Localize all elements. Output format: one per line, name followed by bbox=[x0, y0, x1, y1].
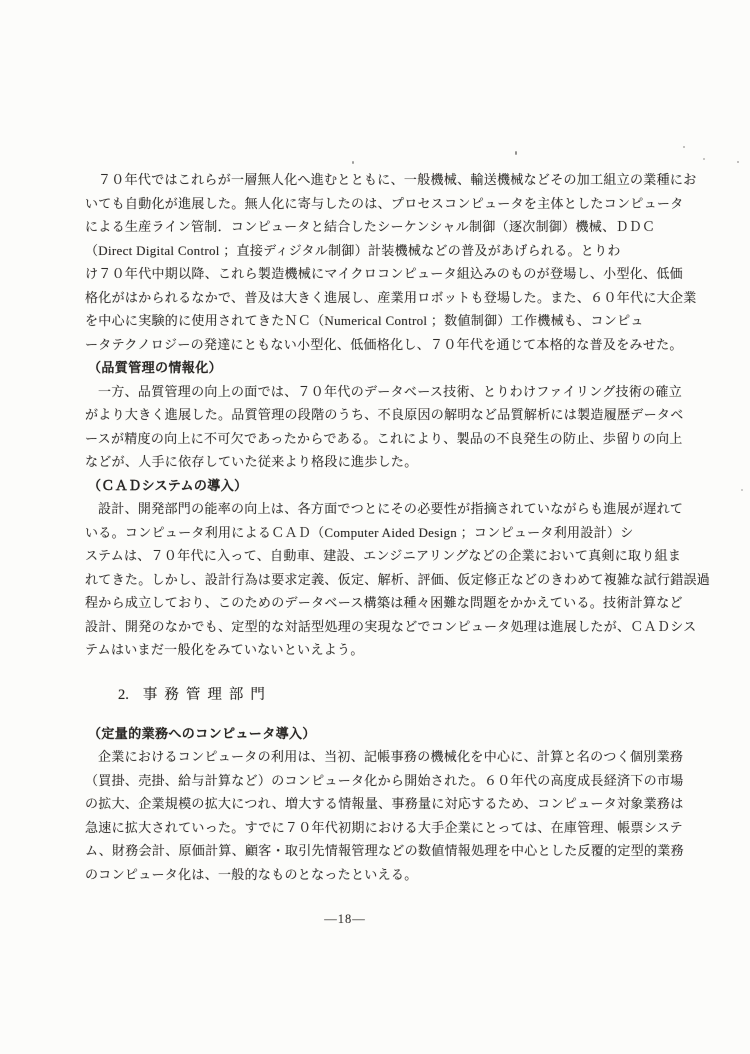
text-line: ７０年代ではこれらが一層無人化へ進むとともに、一般機械、輸送機械などその加工組立… bbox=[85, 168, 670, 192]
section-heading: 2.事務管理部門 bbox=[85, 682, 670, 708]
subsection-heading: （品質管理の情報化） bbox=[85, 356, 670, 380]
section-title: 事務管理部門 bbox=[143, 687, 272, 703]
subsection-heading: （定量的業務へのコンピュータ導入） bbox=[85, 722, 670, 746]
paragraph: 企業におけるコンピュータの利用は、当初、記帳事務の機械化を中心に、計算と名のつく… bbox=[85, 745, 670, 886]
text-line: 設計、開発部門の能率の向上は、各方面でつとにその必要性が指摘されていながらも進展… bbox=[85, 497, 670, 521]
text-line: などが、人手に依存していた従来より格段に進歩した。 bbox=[85, 450, 670, 474]
scan-noise-speck bbox=[683, 146, 685, 148]
scan-noise-speck bbox=[741, 489, 743, 491]
text-line: 程から成立しており、このためのデータベース構築は種々困難な問題をかかえている。技… bbox=[85, 591, 670, 615]
text-line: 一方、品質管理の向上の面では、７０年代のデータベース技術、とりわけファイリング技… bbox=[85, 380, 670, 404]
text-line: （Direct Digital Control ；直接ディジタル制御）計装機械な… bbox=[85, 239, 670, 263]
text-line: ム、財務会計、原価計算、顧客・取引先情報管理などの数値情報処理を中心とした反覆的… bbox=[85, 839, 670, 863]
text-line: テムはいまだ一般化をみていないといえよう。 bbox=[85, 638, 670, 662]
document-page: ７０年代ではこれらが一層無人化へ進むとともに、一般機械、輸送機械などその加工組立… bbox=[0, 0, 750, 1054]
text-line: （買掛、売掛、給与計算など）のコンピュータ化から開始された。６０年代の高度成長経… bbox=[85, 769, 670, 793]
paragraph: ７０年代ではこれらが一層無人化へ進むとともに、一般機械、輸送機械などその加工組立… bbox=[85, 168, 670, 356]
paragraph: 設計、開発部門の能率の向上は、各方面でつとにその必要性が指摘されていながらも進展… bbox=[85, 497, 670, 662]
text-line: ステムは、７０年代に入って、自動車、建設、エンジニアリングなどの企業において真剣… bbox=[85, 544, 670, 568]
text-line: れてきた。しかし、設計行為は要求定義、仮定、解析、評価、仮定修正などのきわめて複… bbox=[85, 568, 670, 592]
text-line: いても自動化が進展した。無人化に寄与したのは、プロセスコンピュータを主体としたコ… bbox=[85, 192, 670, 216]
scan-noise-speck bbox=[703, 158, 705, 160]
text-line: ータテクノロジーの発達にともない小型化、低価格化し、７０年代を通じて本格的な普及… bbox=[85, 333, 670, 357]
text-line: ースが精度の向上に不可欠であったからである。これにより、製品の不良発生の防止、歩… bbox=[85, 427, 670, 451]
section-number: 2. bbox=[118, 687, 129, 703]
scan-noise-speck bbox=[737, 161, 739, 163]
text-line: 急速に拡大されていった。すでに７０年代初期における大手企業にとっては、在庫管理、… bbox=[85, 816, 670, 840]
text-line: 企業におけるコンピュータの利用は、当初、記帳事務の機械化を中心に、計算と名のつく… bbox=[85, 745, 670, 769]
text-line: のコンピュータ化は、一般的なものとなったといえる。 bbox=[85, 863, 670, 887]
text-line: による生産ライン管制．コンピュータと結合したシーケンシャル制御（逐次制御）機械、… bbox=[85, 215, 670, 239]
text-line: いる。コンピュータ利用によるＣＡＤ（Computer Aided Design … bbox=[85, 521, 670, 545]
page-number: —18— bbox=[85, 912, 605, 927]
text-line: の拡大、企業規模の拡大につれ、増大する情報量、事務量に対応するため、コンピュータ… bbox=[85, 792, 670, 816]
document-body: ７０年代ではこれらが一層無人化へ進むとともに、一般機械、輸送機械などその加工組立… bbox=[85, 168, 670, 886]
paragraph: 一方、品質管理の向上の面では、７０年代のデータベース技術、とりわけファイリング技… bbox=[85, 380, 670, 474]
subsection-heading: （ＣＡＤシステムの導入） bbox=[85, 474, 670, 498]
text-line: け７０年代中期以降、これら製造機械にマイクロコンピュータ組込みのものが登場し、小… bbox=[85, 262, 670, 286]
scan-noise-speck bbox=[515, 151, 517, 155]
text-line: 設計、開発のなかでも、定型的な対話型処理の実現などでコンピュータ処理は進展したが… bbox=[85, 615, 670, 639]
scan-noise-speck bbox=[352, 161, 354, 164]
text-line: を中心に実験的に使用されてきたＮＣ（Numerical Control ；数値制… bbox=[85, 309, 670, 333]
text-line: がより大きく進展した。品質管理の段階のうち、不良原因の解明など品質解析には製造履… bbox=[85, 403, 670, 427]
text-line: 格化がはかられるなかで、普及は大きく進展し、産業用ロボットも登場した。また、６０… bbox=[85, 286, 670, 310]
